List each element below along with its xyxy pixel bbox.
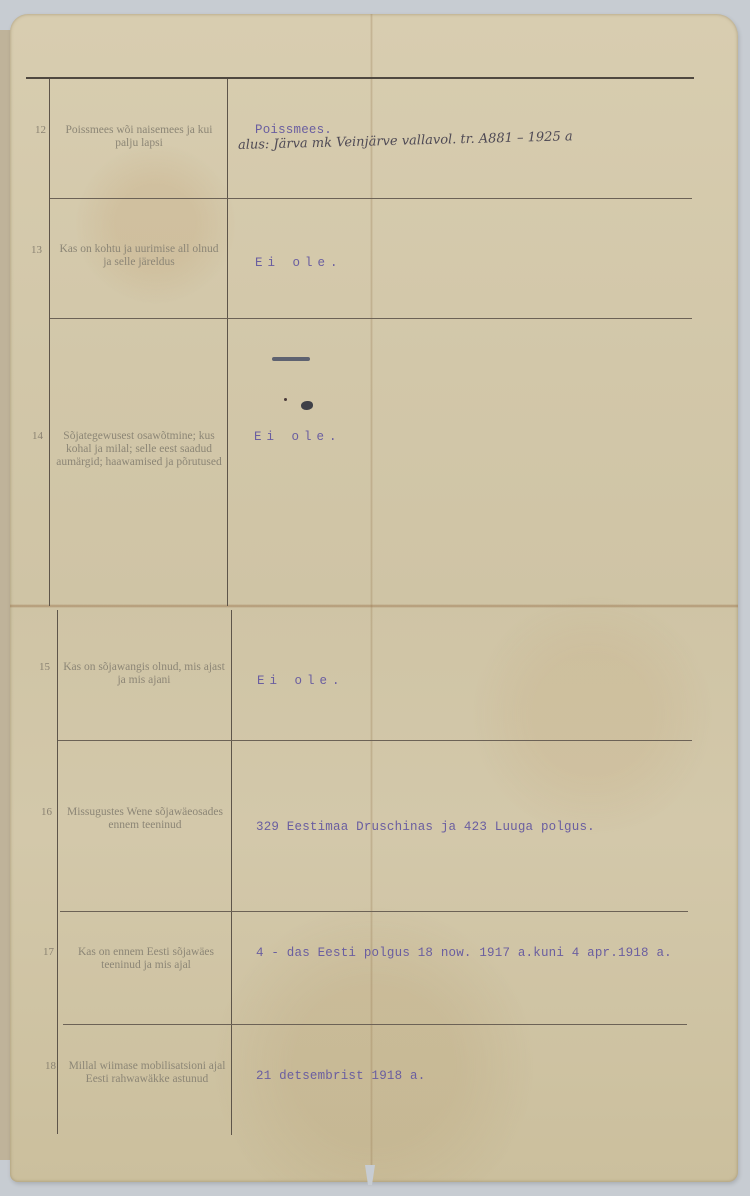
row-label: Millal wiimase mobilisatsioni ajal Eesti… — [64, 1060, 230, 1086]
bottom-tear — [365, 1165, 375, 1185]
row-number: 15 — [28, 661, 50, 673]
row-number: 12 — [24, 124, 46, 136]
row-label: Kas on kohtu ja uurimise all olnud ja se… — [56, 243, 222, 269]
typed-answer: 4 - das Eesti polgus 18 now. 1917 a.kuni… — [256, 946, 672, 960]
row-label: Kas on sõjawangis olnud, mis ajast ja mi… — [60, 661, 228, 687]
typed-answer: 21 detsembrist 1918 a. — [256, 1069, 425, 1083]
row-label: Sõjategewusest osawõtmine; kus kohal ja … — [56, 430, 222, 469]
row-rule-12-13 — [50, 198, 692, 199]
typed-answer: Ei ole. — [254, 430, 342, 444]
number-column-divider-lower — [57, 610, 58, 1134]
row-number: 14 — [21, 430, 43, 442]
row-number: 18 — [34, 1060, 56, 1072]
vertical-fold-crease — [370, 14, 373, 1182]
typed-answer: 329 Eestimaa Druschinas ja 423 Luuga pol… — [256, 820, 595, 834]
row-number: 13 — [20, 244, 42, 256]
table-top-rule — [26, 77, 694, 79]
row-number: 17 — [32, 946, 54, 958]
answer-column-divider-lower — [231, 610, 232, 1135]
row-label: Missugustes Wene sõjawäeosades ennem tee… — [62, 806, 228, 832]
row-rule-15-16 — [58, 740, 692, 741]
row-number: 16 — [30, 806, 52, 818]
ink-dot-mark — [284, 398, 287, 401]
document-page — [10, 14, 738, 1182]
row-rule-13-14 — [50, 318, 692, 319]
answer-column-divider-upper — [227, 79, 228, 606]
row-label: Poissmees wõi naisemees ja kui palju lap… — [56, 124, 222, 150]
ink-stroke-mark — [272, 357, 310, 361]
typed-answer: Ei ole. — [255, 256, 343, 270]
ink-blot-mark — [301, 401, 313, 410]
typed-answer: Ei ole. — [257, 674, 345, 688]
row-label: Kas on ennem Eesti sõjawäes teeninud ja … — [64, 946, 228, 972]
row-rule-17-18 — [63, 1024, 687, 1025]
row-rule-16-17 — [60, 911, 688, 912]
number-column-divider-upper — [49, 79, 50, 606]
horizontal-fold-crease — [10, 604, 738, 608]
